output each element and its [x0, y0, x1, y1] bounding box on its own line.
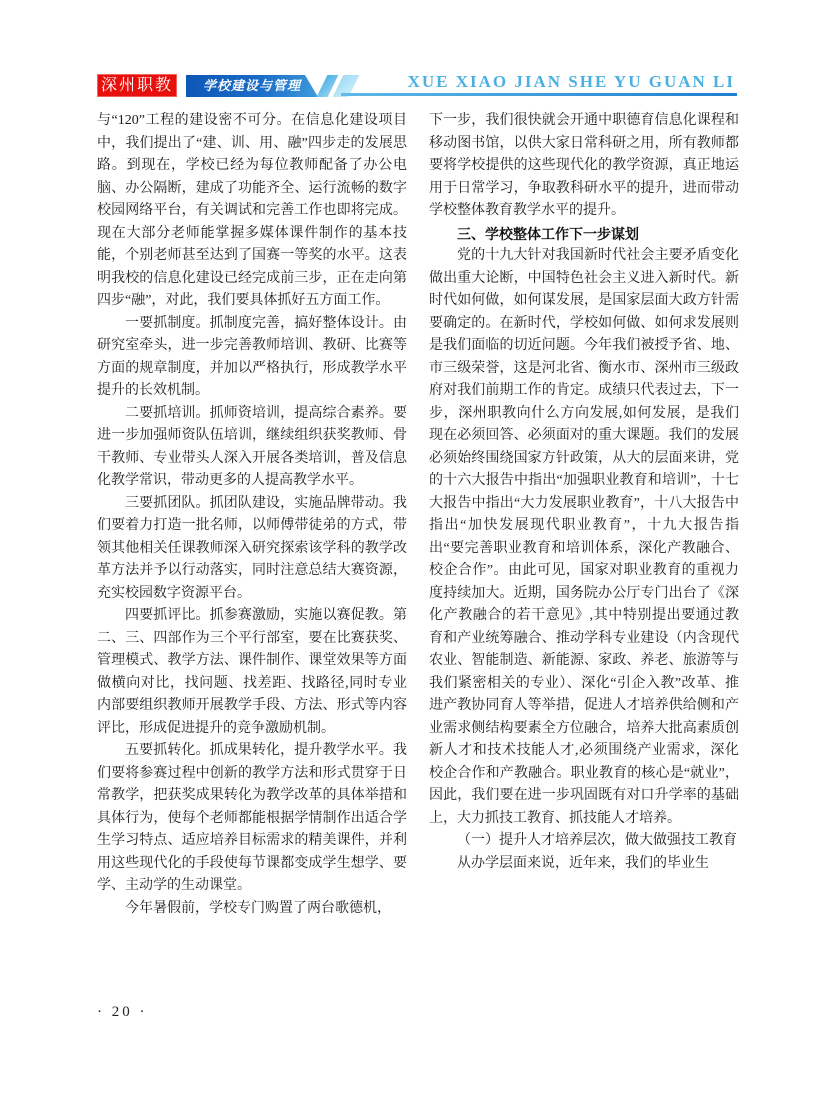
page-header: 深州职教 学校建设与管理 XUE XIAO JIAN SHE YU GUAN L… — [0, 0, 816, 100]
paragraph: 党的十九大针对我国新时代社会主要矛盾变化做出重大论断，中国特色社会主义进入新时代… — [429, 245, 739, 830]
paragraph: 下一步，我们很快就会开通中职德育信息化课程和移动图书馆，以供大家日常科研之用，所… — [429, 110, 739, 223]
header-divider — [341, 93, 737, 96]
paragraph: 今年暑假前，学校专门购置了两台歌德机， — [97, 898, 407, 921]
paragraph: 三要抓团队。抓团队建设，实施品牌带动。我们要着力打造一批名师，以师傅带徒弟的方式… — [97, 493, 407, 606]
paragraph: 五要抓转化。抓成果转化，提升教学水平。我们要将参赛过程中创新的教学方法和形式贯穿… — [97, 740, 407, 898]
section-pinyin-title: XUE XIAO JIAN SHE YU GUAN LI — [390, 72, 735, 92]
paragraph: 从办学层面来说，近年来，我们的毕业生 — [429, 853, 739, 876]
column-right: 下一步，我们很快就会开通中职德育信息化课程和移动图书馆，以供大家日常科研之用，所… — [429, 110, 739, 920]
column-left: 与“120”工程的建设密不可分。在信息化建设项目中，我们提出了“建、训、用、融”… — [97, 110, 407, 920]
page-number: · 20 · — [97, 1004, 148, 1021]
document-page: 深州职教 学校建设与管理 XUE XIAO JIAN SHE YU GUAN L… — [0, 0, 816, 1100]
journal-name-badge: 深州职教 — [97, 74, 177, 97]
section-title-ribbon: 学校建设与管理 — [186, 75, 318, 97]
sub-section-heading: （一）提升人才培养层次，做大做强技工教育 — [429, 830, 739, 853]
paragraph: 一要抓制度。抓制度完善，搞好整体设计。由研究室牵头，进一步完善教师培训、教研、比… — [97, 313, 407, 403]
paragraph: 与“120”工程的建设密不可分。在信息化建设项目中，我们提出了“建、训、用、融”… — [97, 110, 407, 313]
article-body: 与“120”工程的建设密不可分。在信息化建设项目中，我们提出了“建、训、用、融”… — [97, 110, 740, 920]
section-heading: 三、学校整体工作下一步谋划 — [429, 223, 739, 246]
paragraph: 四要抓评比。抓参赛激励，实施以赛促教。第二、三、四部作为三个平行部室，要在比赛获… — [97, 605, 407, 740]
paragraph: 二要抓培训。抓师资培训，提高综合素养。要进一步加强师资队伍培训，继续组织获奖教师… — [97, 403, 407, 493]
